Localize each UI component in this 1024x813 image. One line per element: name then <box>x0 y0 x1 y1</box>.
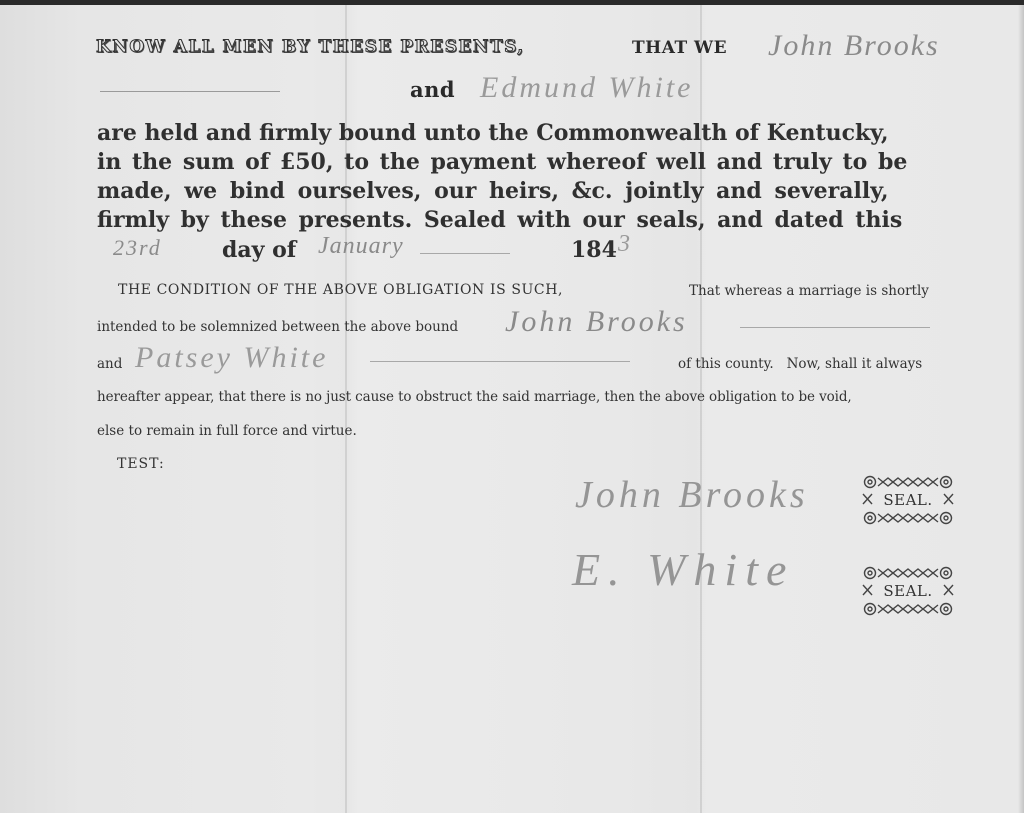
year-printed: 184 <box>571 237 617 263</box>
bride-blank-line <box>370 361 630 362</box>
month-handwritten: January <box>318 233 404 260</box>
groom-name-handwritten: John Brooks <box>505 305 688 339</box>
condition-line-4: hereafter appear, that there is no just … <box>97 389 852 405</box>
body-line-1: are held and firmly bound unto the Commo… <box>97 120 889 146</box>
body-line-3: made, we bind ourselves, our heirs, &c. … <box>97 178 889 204</box>
paper-edge <box>1018 5 1024 813</box>
condition-line-2: intended to be solemnized between the ab… <box>97 319 458 335</box>
condition-heading: THE CONDITION OF THE ABOVE OBLIGATION IS… <box>118 282 563 298</box>
document-page: KNOW ALL MEN BY THESE PRESENTS, THAT WE … <box>0 5 1024 813</box>
day-of-label: day of <box>222 237 296 263</box>
seal-label-1: SEAL. <box>862 491 954 509</box>
condition-line-3-suffix: of this county. Now, shall it always <box>678 356 922 372</box>
signature-e-white: E. White <box>572 543 794 596</box>
groom-blank-line <box>740 327 930 328</box>
year-handwritten-digit: 3 <box>618 231 630 258</box>
signature-john-brooks: John Brooks <box>575 473 809 517</box>
body-line-2: in the sum of £50, to the payment whereo… <box>97 149 907 175</box>
blank-line <box>100 91 280 92</box>
heading-ornate: KNOW ALL MEN BY THESE PRESENTS, <box>96 37 525 57</box>
condition-line-3-and: and <box>97 356 122 372</box>
bride-name-handwritten: Patsey White <box>135 341 328 375</box>
heading-that-we: THAT WE <box>632 38 727 58</box>
principal-name-handwritten: John Brooks <box>768 29 940 63</box>
and-label: and <box>410 77 455 102</box>
body-line-4: firmly by these presents. Sealed with ou… <box>97 207 902 233</box>
seal-label-2: SEAL. <box>862 582 954 600</box>
month-blank-line <box>420 253 510 254</box>
seal-box-1: SEAL. <box>862 474 954 526</box>
condition-line-1: That whereas a marriage is shortly <box>689 283 929 299</box>
condition-line-5: else to remain in full force and virtue. <box>97 423 357 439</box>
test-label: TEST: <box>117 456 165 472</box>
day-handwritten: 23rd <box>113 235 162 261</box>
seal-box-2: SEAL. <box>862 565 954 617</box>
surety-name-handwritten: Edmund White <box>480 71 693 105</box>
